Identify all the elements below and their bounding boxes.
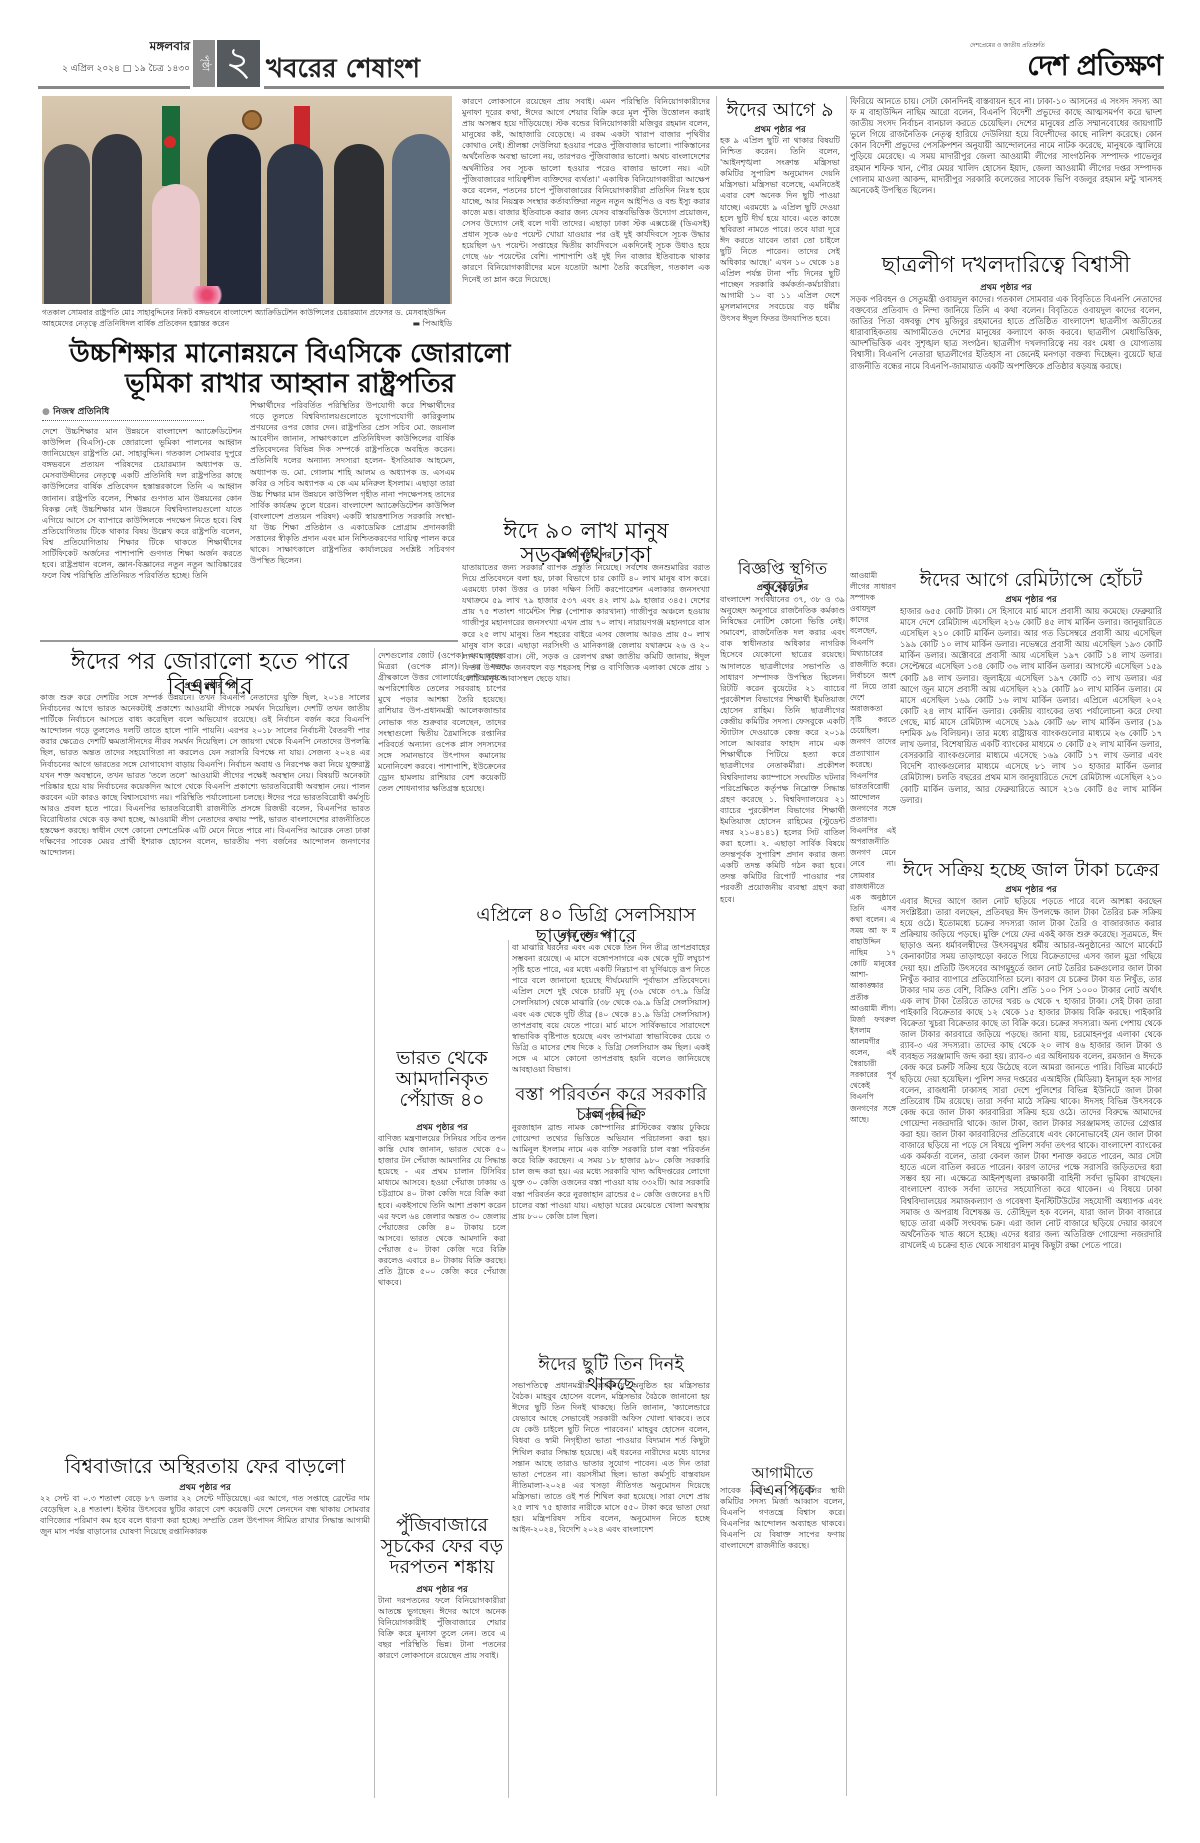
- world-market-column: ২২ সেন্ট বা ০.৩ শতাংশ বেড়ে ৮৭ ডলার ২২ স…: [40, 1493, 370, 1793]
- photo-caption: গতকাল সোমবার রাষ্ট্রপতি মোঃ সাহাবুদ্দিনে…: [42, 307, 452, 329]
- eid-holiday-column: সভাপতিত্বে প্রধানমন্ত্রীর কার্যালয়ে অনু…: [512, 1380, 710, 1795]
- flower-bouquet: [187, 286, 227, 304]
- chhatraleague-headline[interactable]: ছাত্রলীগ দখলদারিত্বে বিশ্বাসী: [850, 254, 1162, 278]
- photo-caption-text: গতকাল সোমবার রাষ্ট্রপতি মোঃ সাহাবুদ্দিনে…: [42, 308, 446, 328]
- remittance-column: হাজার ৬৫৫ কোটি টাকা। সে হিসাবে মার্চ মাস…: [900, 606, 1162, 856]
- stock-headline[interactable]: পুঁজিবাজারে সূচকের ফের বড় দরপতন শঙ্কায়: [378, 1515, 506, 1578]
- masthead-date: ২ এপ্রিল ২০২৪ □ ১৯ চৈত্র ১৪৩০: [40, 61, 190, 76]
- bnp-column: কাজ শুরু করে দেশটির সঙ্গে সম্পর্ক উন্নয়…: [40, 692, 370, 1362]
- bnp-foreign-column: ফিরিয়ে আনতে চায়। সেটা কোনদিনই বাস্তবায…: [850, 96, 1162, 251]
- heat-column: বা মাঝারি ধরনের এবং এক থেকে তিন দিন তীব্…: [512, 942, 710, 1082]
- column-rule: [846, 96, 847, 1796]
- capital-market-column: কারণে লোকসানে রয়েছেন প্রায় সবাই। এমন প…: [462, 96, 710, 516]
- column-rule: [716, 96, 717, 1796]
- eid-9-headline[interactable]: ঈদের আগে ৯: [720, 100, 840, 121]
- chhatraleague-kicker: প্রথম পৃষ্ঠার পর: [850, 281, 1162, 295]
- eid-9-column: হক ৯ এপ্রিল ছুটি না থাকার বিষয়টি নিশ্চি…: [720, 135, 840, 555]
- bnp-column-cont: [40, 1365, 370, 1452]
- fake-money-headline[interactable]: ঈদে সক্রিয় হচ্ছে জাল টাকা চক্রের: [900, 860, 1162, 881]
- lead-byline: ● নিজস্ব প্রতিনিধি: [42, 404, 109, 419]
- page-label: পৃষ্ঠা: [193, 40, 215, 87]
- world-market-headline[interactable]: বিশ্ববাজারে অস্থিরতায় ফের বাড়লো: [40, 1455, 370, 1477]
- byline-rule: [42, 420, 204, 421]
- heat-kicker: প্রথম পৃষ্ঠার পর: [462, 929, 710, 943]
- notice-column: বাংলাদেশ সংবিধানের ৩৭, ৩৮ ও ৩৯ অনুচ্ছেদ …: [720, 594, 845, 1460]
- dhaka-roads-kicker: প্রথম পৃষ্ঠার পর: [462, 549, 710, 563]
- emblem-icon: [242, 110, 262, 130]
- lead-column-2: শিক্ষার্থীদের পরিবর্তিত পরিস্থিতির উপযোগ…: [250, 400, 455, 638]
- masthead-rule-left: [38, 86, 190, 89]
- bnp-kicker: প্রথম পৃষ্ঠার পর: [40, 679, 380, 693]
- rice-kicker: প্রথম পৃষ্ঠার পর: [512, 1109, 710, 1123]
- onion-headline[interactable]: ভারত থেকে আমদানিকৃত পেঁয়াজ ৪০: [378, 1048, 506, 1111]
- divider: [40, 640, 458, 642]
- masthead-date-block: মঙ্গলবার ২ এপ্রিল ২০২৪ □ ১৯ চৈত্র ১৪৩০: [40, 38, 190, 76]
- fake-money-column: এবার ঈদের আগে জাল নোট ছড়িয়ে পড়তে পারে…: [900, 896, 1162, 1796]
- masthead-rule-right: [264, 86, 1164, 89]
- notice-kicker: প্রথম পৃষ্ঠার পর: [720, 581, 845, 595]
- rice-column: নুরজাহান ব্রান্ড নামক কোম্পানির প্লাস্টি…: [512, 1122, 710, 1354]
- photo-credit-text: পিআইডি: [423, 319, 452, 328]
- masthead-day: মঙ্গলবার: [40, 38, 190, 58]
- chhatraleague-column: সড়ক পরিবহন ও সেতুমন্ত্রী ওবায়দুল কাদের…: [850, 294, 1162, 564]
- onion-column: বাণিজ্য মন্ত্রণালয়ের সিনিয়র সচিব তপন ক…: [378, 1133, 506, 1513]
- column-rule: [508, 940, 509, 1798]
- remittance-headline[interactable]: ঈদের আগে রেমিট্যান্সে হোঁচট: [900, 570, 1162, 591]
- dhaka-roads-column: যাতায়াতের জন্য সরকার ব্যাপক প্রস্তুতি ন…: [462, 562, 710, 902]
- newspaper-logo[interactable]: দেশপ্রেমের ও জাতীয় প্রতিশ্রুতি দেশ প্রত…: [930, 40, 1162, 81]
- bnp-coming-column: সাবেক এমপি ও বিএনপির স্থায়ী কমিটির সদস্…: [720, 1485, 845, 1795]
- lead-column-1: দেশে উচ্চশিক্ষার মান উন্নয়নে বাংলাদেশ অ…: [42, 426, 242, 638]
- byline-text: নিজস্ব প্রতিনিধি: [53, 407, 109, 417]
- side-column: আওয়ামী লীগের সাধারণ সম্পাদক ওবায়দুল কা…: [850, 570, 896, 1790]
- remittance-kicker: প্রথম পৃষ্ঠার পর: [900, 593, 1162, 607]
- logo-name: দেশ প্রতিক্ষণ: [930, 51, 1162, 81]
- news-photo: [42, 96, 452, 304]
- fake-money-kicker: প্রথম পৃষ্ঠার পর: [900, 883, 1162, 897]
- stock-column: টানা দরপতনের ফলে বিনিয়োগকারীরা আতঙ্কে ভ…: [378, 1595, 506, 1795]
- flag-bangladesh: [162, 106, 180, 186]
- column-rule: [374, 648, 375, 1798]
- page-number: ২: [217, 40, 260, 87]
- photo-credit: ▬ পিআইডি: [413, 318, 453, 329]
